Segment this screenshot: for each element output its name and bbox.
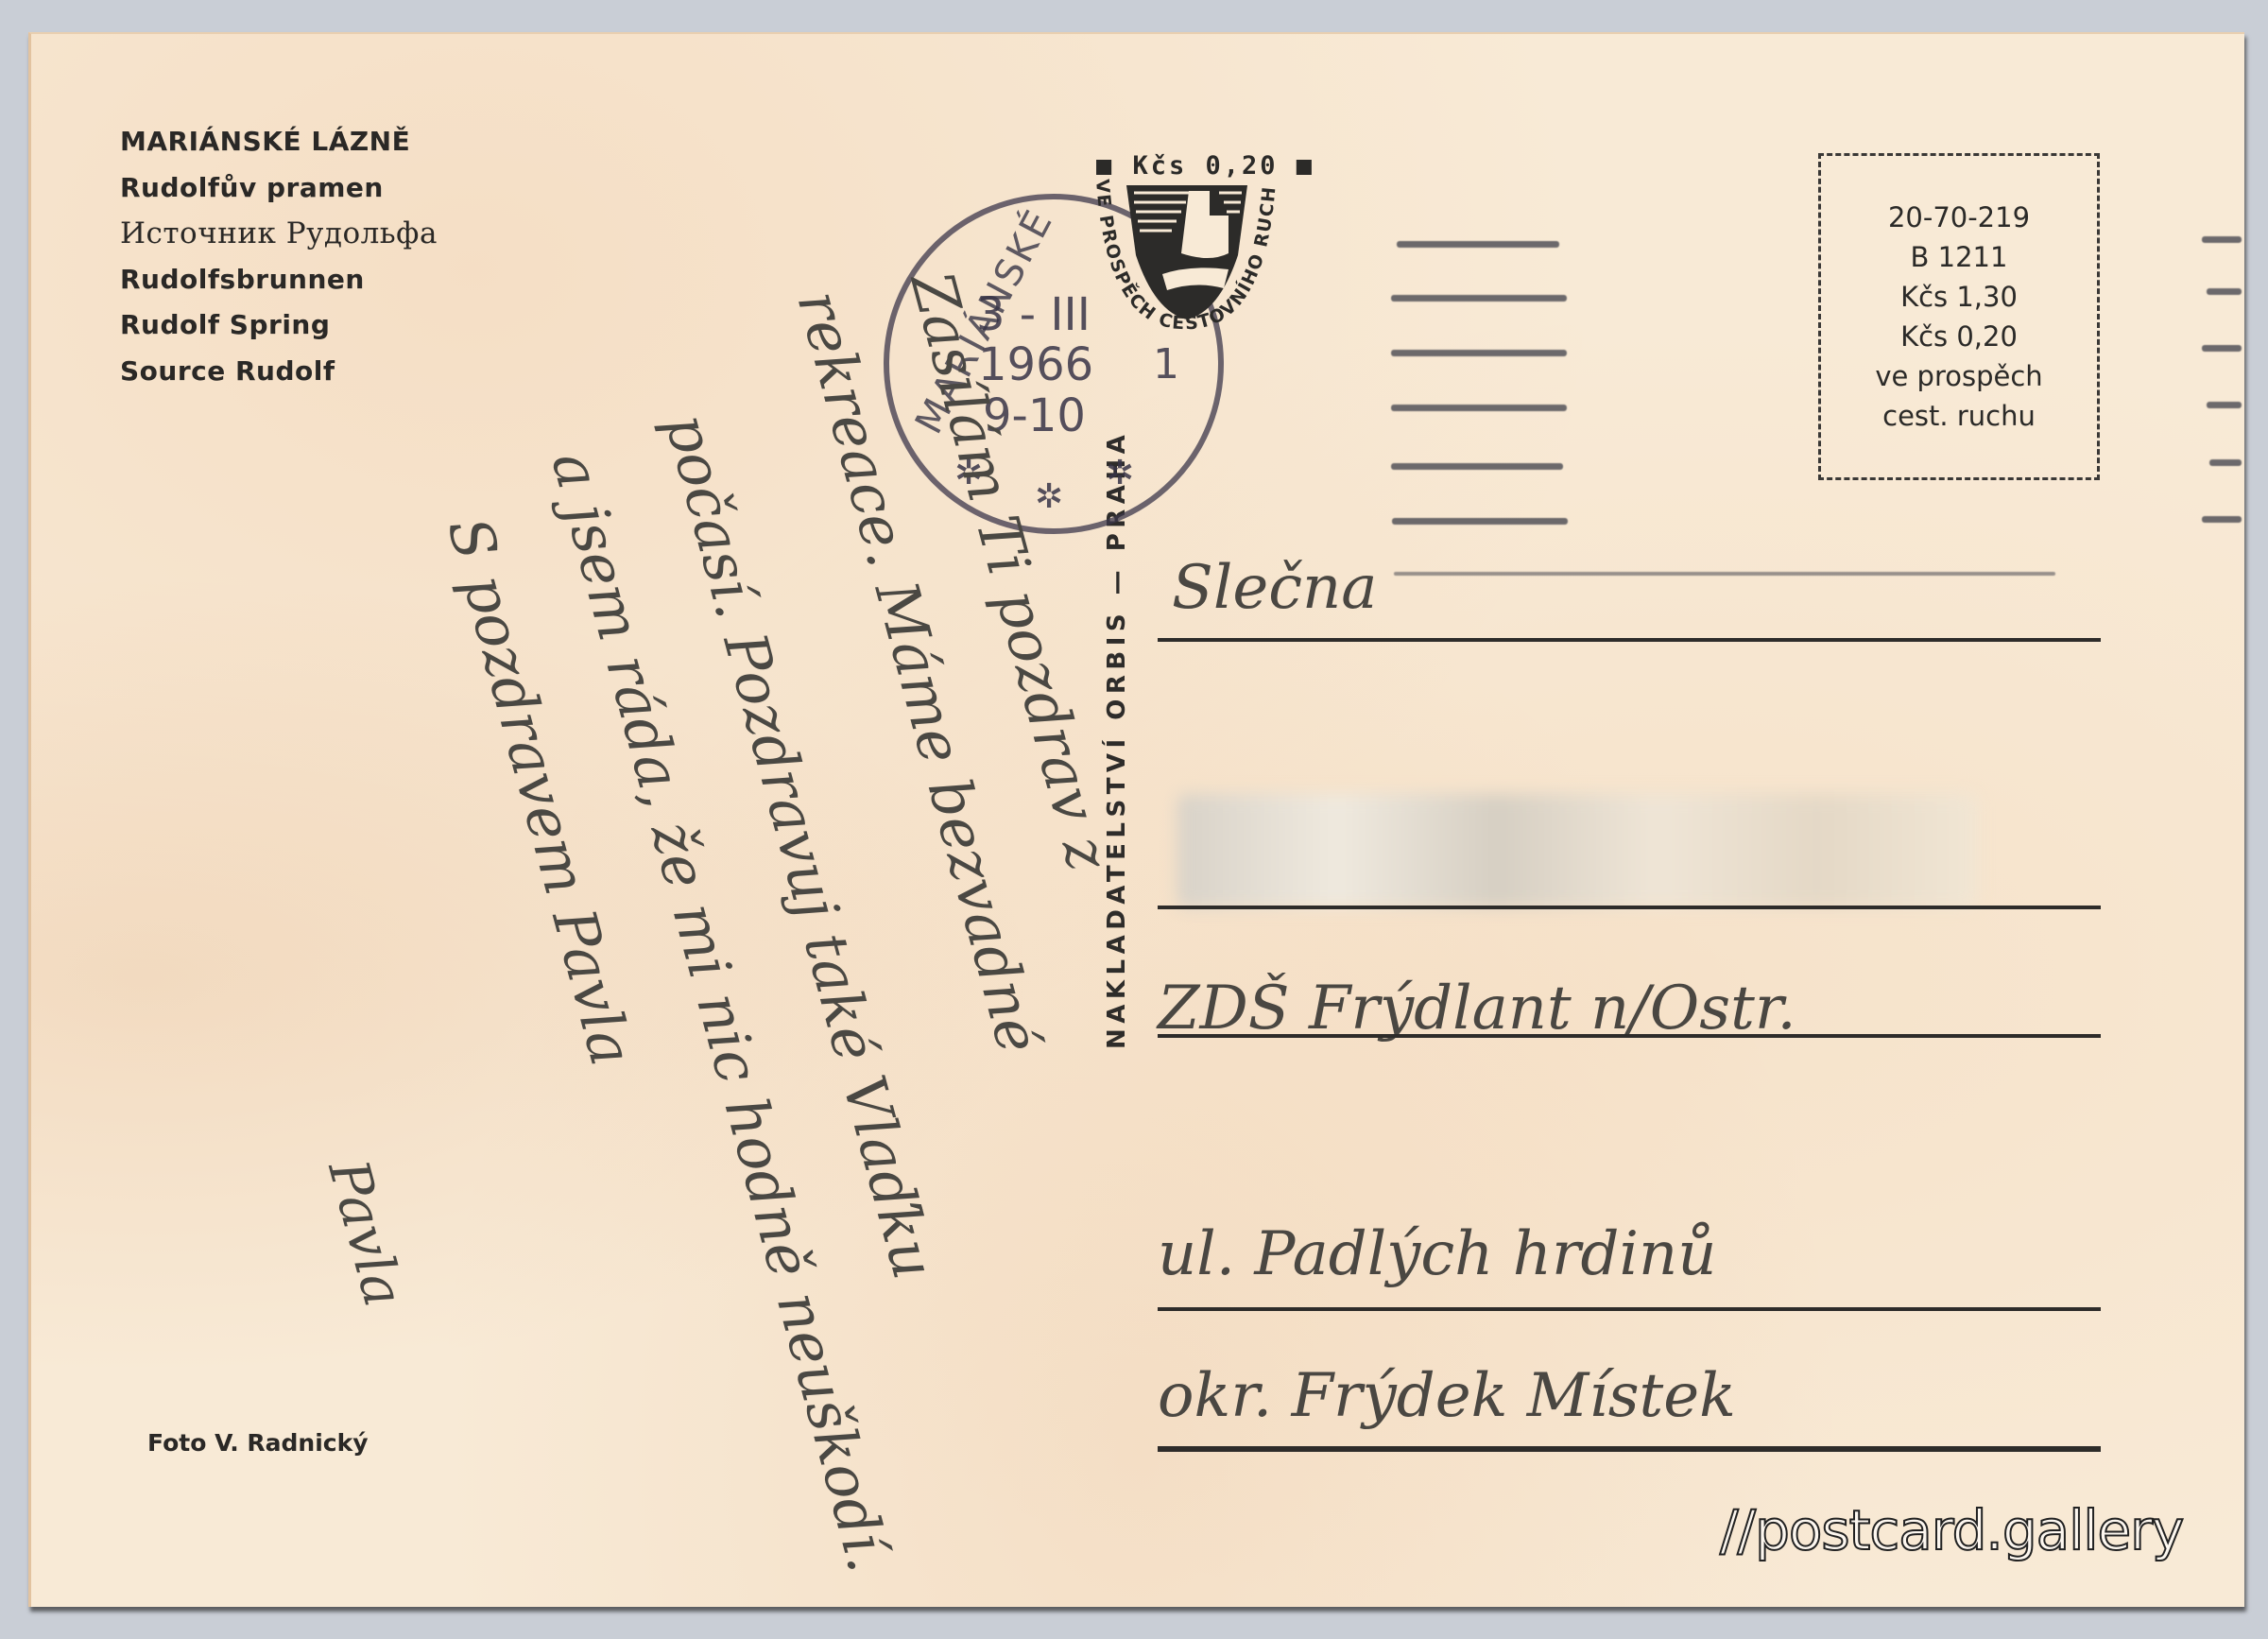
address-district: okr. Frýdek Místek — [1158, 1361, 1736, 1431]
address-line-5 — [1158, 1446, 2101, 1452]
address-title: Slečna — [1172, 553, 1377, 623]
caption-title: MARIÁNSKÉ LÁZNĚ — [120, 119, 438, 165]
star-icon: ✲ — [1106, 454, 1134, 492]
star-icon: ✲ — [1035, 477, 1063, 516]
value-line: 20-70-219 — [1888, 198, 2030, 237]
redacted-recipient-name — [1177, 794, 1977, 907]
caption-english: Rudolf Spring — [120, 302, 438, 349]
watermark: //postcard.gallery — [1720, 1498, 2183, 1562]
postage-value-box: 20-70-219 B 1211 Kčs 1,30 Kčs 0,20 ve pr… — [1818, 153, 2100, 480]
address-street: ul. Padlých hrdinů — [1158, 1219, 1716, 1289]
caption-block: MARIÁNSKÉ LÁZNĚ Rudolfův pramen Источник… — [120, 119, 438, 394]
address-school: ZDŠ Frýdlant n/Ostr. — [1158, 974, 1796, 1044]
svg-text:VE PROSPĚCH CESTOVNÍHO RUCHU: VE PROSPĚCH CESTOVNÍHO RUCHU — [1077, 170, 1280, 334]
stamp-arc-text: VE PROSPĚCH CESTOVNÍHO RUCHU — [1077, 170, 1295, 340]
value-line: B 1211 — [1911, 237, 2008, 277]
postmark-code: 1 — [1153, 340, 1179, 388]
caption-czech: Rudolfův pramen — [120, 165, 438, 212]
postmark-day-month: 3 - III — [976, 288, 1091, 341]
address-line-4 — [1158, 1307, 2101, 1311]
value-line: cest. ruchu — [1882, 396, 2036, 436]
address-line-3 — [1158, 1034, 2101, 1038]
address-line-2 — [1158, 906, 2101, 909]
caption-german: Rudolfsbrunnen — [120, 257, 438, 303]
value-line: Kčs 1,30 — [1900, 277, 2018, 317]
caption-french: Source Rudolf — [120, 349, 438, 395]
caption-russian: Источник Рудольфа — [120, 211, 438, 257]
value-line: Kčs 0,20 — [1900, 317, 2018, 356]
photo-credit: Foto V. Radnický — [147, 1429, 369, 1457]
address-line-1 — [1158, 638, 2101, 642]
value-line: ve prospěch — [1875, 356, 2042, 396]
